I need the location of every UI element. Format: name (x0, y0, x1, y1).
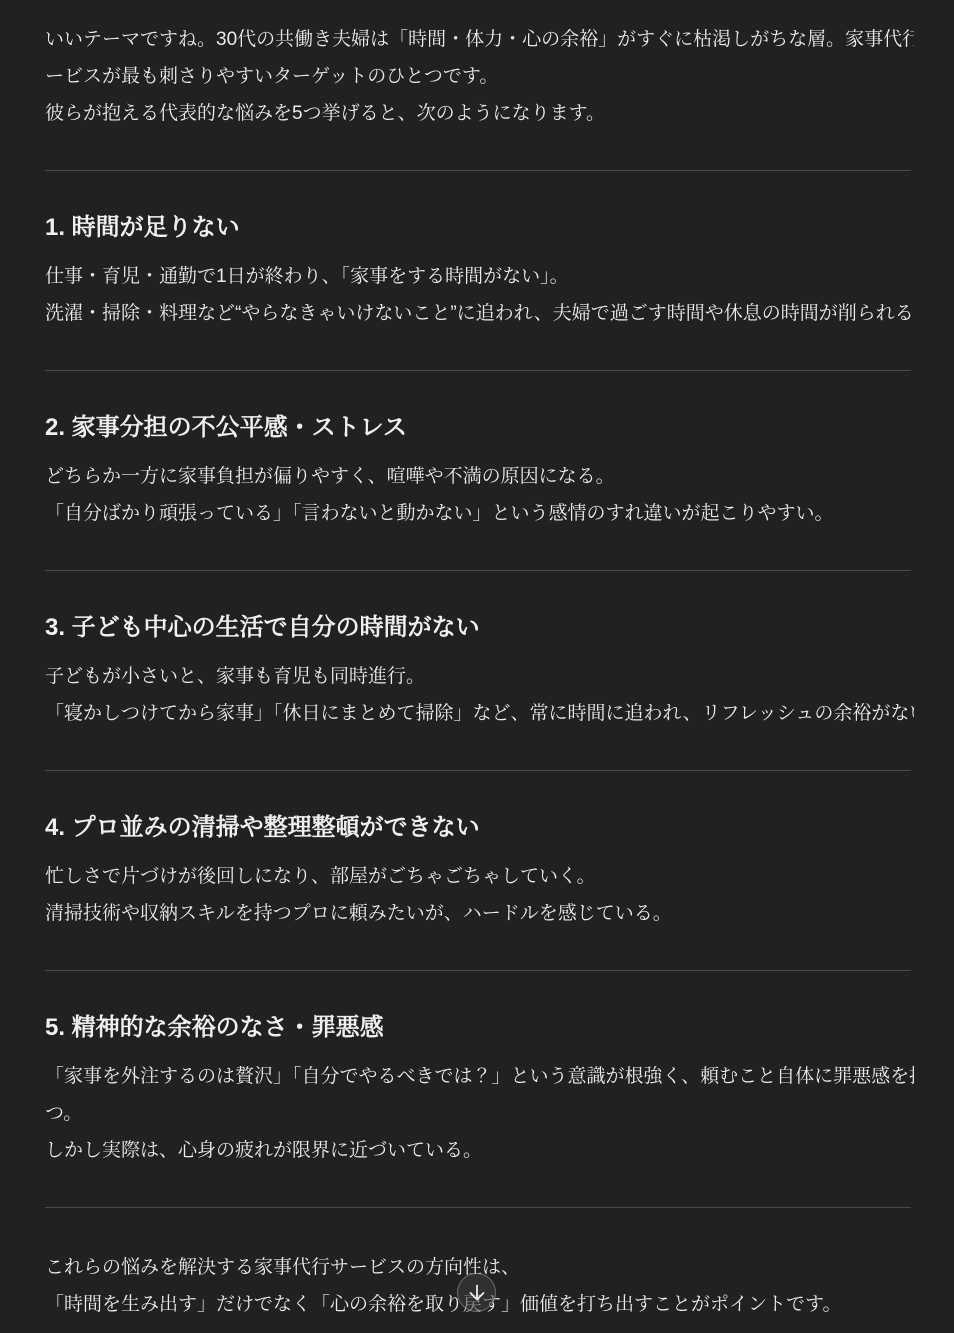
section-body: 仕事・育児・通勤で1日が終わり、「家事をする時間がない」。 洗濯・掃除・料理など… (45, 258, 914, 332)
section-heading: 1. 時間が足りない (45, 212, 914, 244)
section-heading: 2. 家事分担の不公平感・ストレス (45, 412, 914, 444)
intro-line: ービスが最も刺さりやすいターゲットのひとつです。 (45, 58, 914, 95)
section-divider (45, 570, 911, 571)
body-line: しかし実際は、心身の疲れが限界に近づいている。 (45, 1132, 914, 1169)
section-heading: 4. プロ並みの清掃や整理整頓ができない (45, 812, 914, 844)
section-pro-cleaning: 4. プロ並みの清掃や整理整頓ができない 忙しさで片づけが後回しになり、部屋がご… (45, 812, 914, 932)
section-time-shortage: 1. 時間が足りない 仕事・育児・通勤で1日が終わり、「家事をする時間がない」。… (45, 212, 914, 332)
body-line: つ。 (45, 1095, 914, 1132)
intro-line: いいテーマですね。30代の共働き夫婦は「時間・体力・心の余裕」がすぐに枯渇しがち… (45, 21, 914, 58)
intro-line: 彼らが抱える代表的な悩みを5つ挙げると、次のようになります。 (45, 95, 914, 132)
section-divider (45, 170, 911, 171)
section-divider (45, 370, 911, 371)
section-heading: 5. 精神的な余裕のなさ・罪悪感 (45, 1012, 914, 1044)
section-divider (45, 970, 911, 971)
down-arrow-icon (466, 1282, 488, 1304)
body-line: 「寝かしつけてから家事」「休日にまとめて掃除」など、常に時間に追われ、リフレッシ… (45, 695, 914, 732)
body-line: 「自分ばかり頑張っている」「言わないと動かない」という感情のすれ違いが起こりやす… (45, 495, 914, 532)
section-body: どちらか一方に家事負担が偏りやすく、喧嘩や不満の原因になる。 「自分ばかり頑張っ… (45, 458, 914, 532)
body-line: どちらか一方に家事負担が偏りやすく、喧嘩や不満の原因になる。 (45, 458, 914, 495)
body-line: 洗濯・掃除・料理など“やらなきゃいけないこと”に追われ、夫婦で過ごす時間や休息の… (45, 295, 914, 332)
section-body: 「家事を外注するのは贅沢」「自分でやるべきでは？」という意識が根強く、頼むこと自… (45, 1058, 914, 1169)
assistant-message: いいテーマですね。30代の共働き夫婦は「時間・体力・心の余裕」がすぐに枯渇しがち… (0, 0, 954, 1323)
body-line: 子どもが小さいと、家事も育児も同時進行。 (45, 658, 914, 695)
section-mental-guilt: 5. 精神的な余裕のなさ・罪悪感 「家事を外注するのは贅沢」「自分でやるべきでは… (45, 1012, 914, 1169)
section-child-centered-life: 3. 子ども中心の生活で自分の時間がない 子どもが小さいと、家事も育児も同時進行… (45, 612, 914, 732)
body-line: 仕事・育児・通勤で1日が終わり、「家事をする時間がない」。 (45, 258, 914, 295)
section-body: 子どもが小さいと、家事も育児も同時進行。 「寝かしつけてから家事」「休日にまとめ… (45, 658, 914, 732)
section-body: 忙しさで片づけが後回しになり、部屋がごちゃごちゃしていく。 清掃技術や収納スキル… (45, 858, 914, 932)
scroll-to-bottom-button[interactable] (457, 1273, 496, 1312)
body-line: 清掃技術や収納スキルを持つプロに頼みたいが、ハードルを感じている。 (45, 895, 914, 932)
section-chore-split-stress: 2. 家事分担の不公平感・ストレス どちらか一方に家事負担が偏りやすく、喧嘩や不… (45, 412, 914, 532)
body-line: 忙しさで片づけが後回しになり、部屋がごちゃごちゃしていく。 (45, 858, 914, 895)
section-heading: 3. 子ども中心の生活で自分の時間がない (45, 612, 914, 644)
section-divider (45, 770, 911, 771)
section-divider (45, 1207, 911, 1208)
body-line: 「家事を外注するのは贅沢」「自分でやるべきでは？」という意識が根強く、頼むこと自… (45, 1058, 914, 1095)
intro-paragraph: いいテーマですね。30代の共働き夫婦は「時間・体力・心の余裕」がすぐに枯渇しがち… (45, 21, 914, 132)
